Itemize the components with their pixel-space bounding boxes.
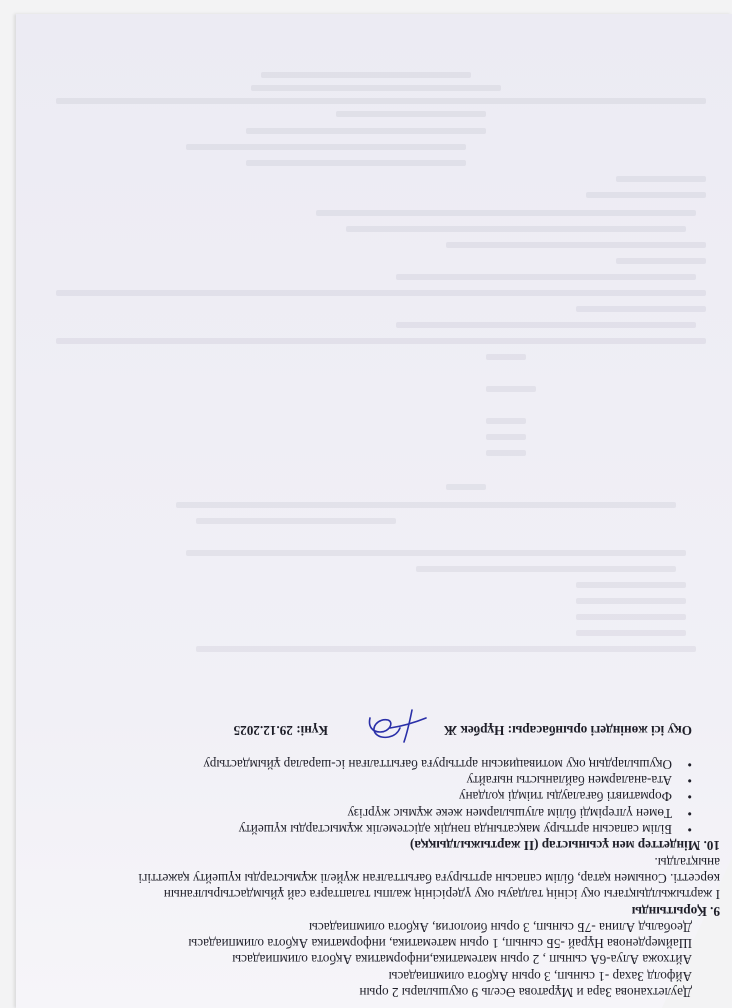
signatory-label: Оқу ісі жөніндегі орынбасары: Нұрбек Ж <box>444 723 692 738</box>
result-line: Айтхожа Алуа-6А сынып , 2 орын математик… <box>100 951 692 967</box>
task-item: Білім сапасын арттыру мақсатында пәндік … <box>100 821 672 837</box>
date-label: Күні: 29.12.2025 <box>234 721 328 737</box>
task-item: Оқушылардың оқу мотивациясын арттыруға б… <box>100 756 672 772</box>
signature-row: Оқу ісі жөніндегі орынбасары: Нұрбек Ж К… <box>100 698 720 738</box>
result-line: Деобальд Алина -7Б сынып, 3 орын биологи… <box>100 919 692 935</box>
conclusion-line: көрсетті. Сонымен қатар, білім сапасын а… <box>98 870 720 886</box>
olympiad-results: Дәулетханова Зара и Мұратова Әсель 9 оқу… <box>100 919 720 1000</box>
document-body: Дәулетханова Зара и Мұратова Әсель 9 оқу… <box>100 698 720 1000</box>
conclusion-text: I жартыжылдықтағы оқу ісінің талдауы оқу… <box>98 853 720 902</box>
rotated-content: Дәулетханова Зара и Мұратова Әсель 9 оқу… <box>0 0 732 1008</box>
result-line: Дәулетханова Зара и Мұратова Әсель 9 оқу… <box>100 984 692 1000</box>
task-item: Формативті бағалауды тиімді қолдану <box>100 788 672 804</box>
tasks-heading: 10. Міндеттер мен ұсыныстар (II жартыжыл… <box>100 837 720 853</box>
handwritten-signature-icon <box>360 706 430 748</box>
tasks-list: Білім сапасын арттыру мақсатында пәндік … <box>100 756 720 837</box>
result-line: Шаймерденова Нұрай -5Б сынып, 1 орын мат… <box>100 935 692 951</box>
task-item: Ата-аналармен байланысты нығайту <box>100 772 672 788</box>
task-item: Төмен үлгерімді білім алушылармен жеке ж… <box>100 804 672 820</box>
conclusion-heading: 9. Қорытынды <box>100 902 720 918</box>
conclusion-line: анықталды. <box>98 853 720 869</box>
conclusion-line: I жартыжылдықтағы оқу ісінің талдауы оқу… <box>98 886 720 902</box>
result-line: Айфолд Захар -1 сынып, 3 орын Ақбота оли… <box>100 967 692 983</box>
